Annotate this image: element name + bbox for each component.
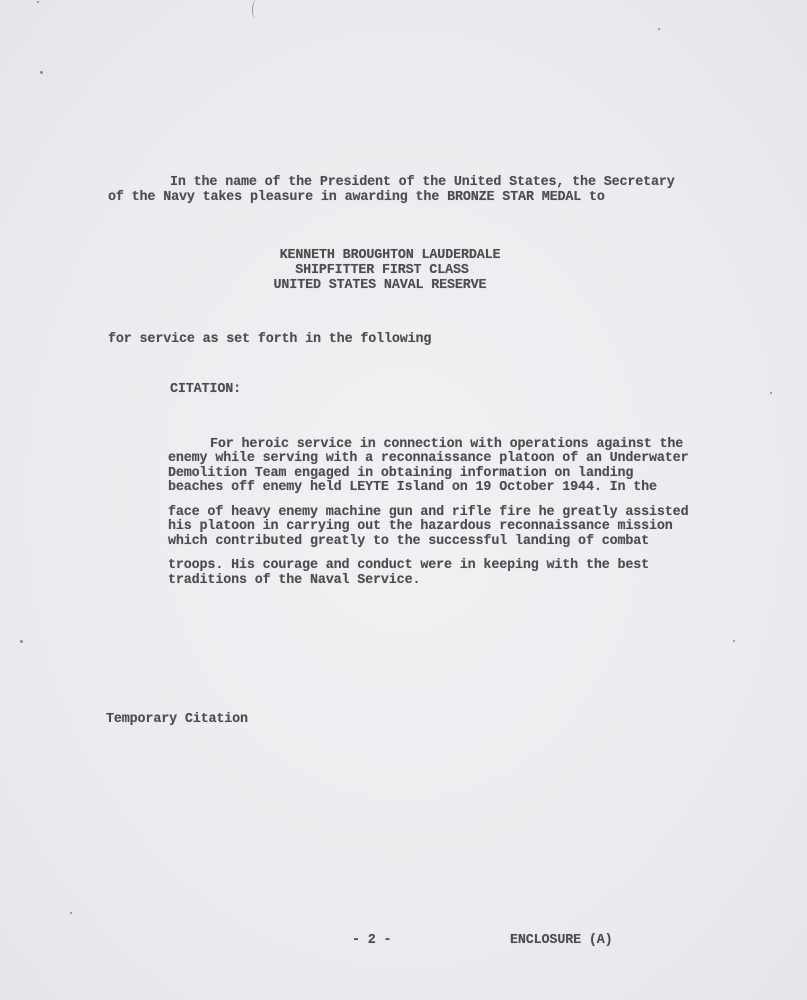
paper-crease [252,0,259,18]
paper-speck [20,640,23,643]
document-page: In the name of the President of the Unit… [0,0,807,1000]
citation-line: troops. His courage and conduct were in … [168,559,649,574]
paper-speck [733,640,735,642]
paper-speck [70,912,72,914]
recipient-rank: SHIPFITTER FIRST CLASS [2,264,762,279]
citation-line: his platoon in carrying out the hazardou… [168,520,673,535]
citation-line: which contributed greatly to the success… [168,535,649,550]
enclosure-label: ENCLOSURE (A) [510,934,613,949]
paper-speck [770,392,772,394]
citation-line: beaches off enemy held LEYTE Island on 1… [168,481,657,496]
paper-speck [40,71,43,74]
temporary-citation-label: Temporary Citation [106,713,248,728]
recipient-unit: UNITED STATES NAVAL RESERVE [0,279,760,294]
intro-line: of the Navy takes pleasure in awarding t… [108,191,605,206]
citation-line: traditions of the Naval Service. [168,574,420,589]
citation-heading: CITATION: [170,383,241,398]
citation-line: enemy while serving with a reconnaissanc… [168,452,688,467]
recipient-name: KENNETH BROUGHTON LAUDERDALE [10,249,770,264]
paper-speck [37,1,39,3]
for-service-line: for service as set forth in the followin… [108,333,431,348]
page-number: - 2 - [352,934,391,949]
paper-speck [658,28,660,30]
intro-line: In the name of the President of the Unit… [170,176,675,191]
